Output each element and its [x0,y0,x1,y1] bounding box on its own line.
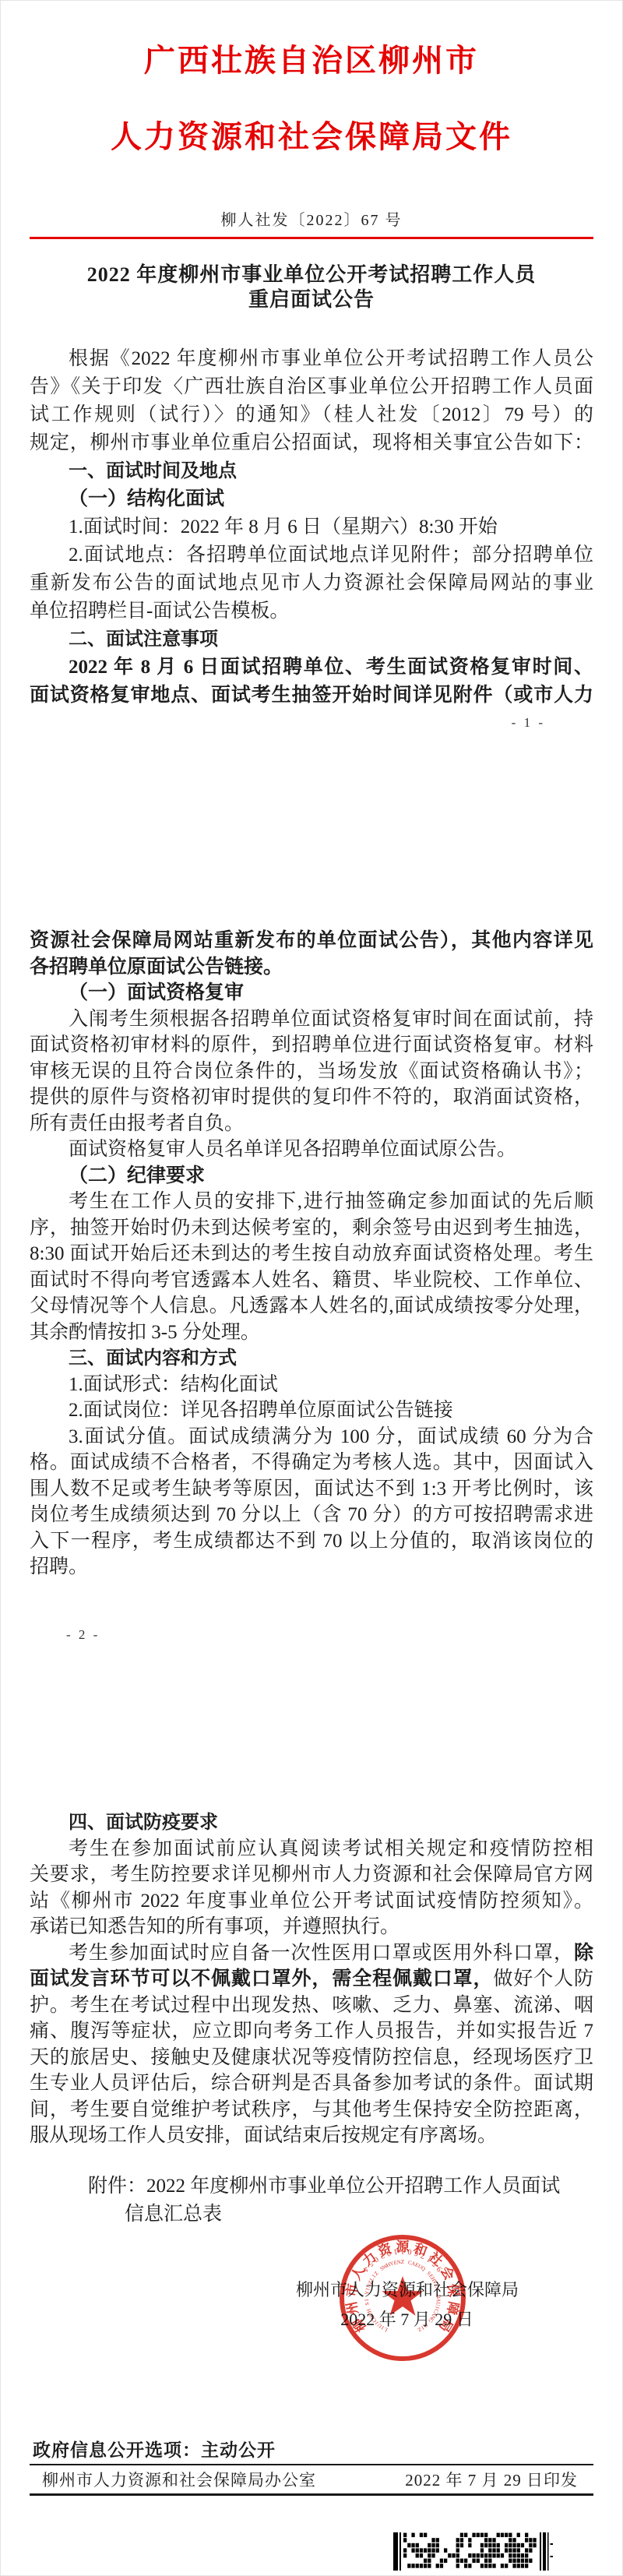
doc-line: 围人数不足或考生缺考等原因，面试达不到 1:3 开考比例时，该 [30,1476,593,1503]
doc-line: 资源社会保障局网站重新发布的单位面试公告），其他内容详见 [30,928,593,954]
doc-line: 生专业人员评估后，综合研判是否具备参加考试的条件。面试期 [30,2070,593,2097]
document-page-1: 广西壮族自治区柳州市 人力资源和社会保障局文件 柳人社发〔2022〕67 号 2… [0,0,623,859]
doc-line: 护。考生在考试过程中出现发热、咳嗽、乏力、鼻塞、流涕、咽 [30,1993,593,2019]
doc-line: 痛、腹泻等症状，应立即向考务工作人员报告，并如实报告近 7 [30,2018,593,2045]
document-title-line2: 重启面试公告 [30,287,593,312]
disclosure-notice: 政府信息公开选项：主动公开 [33,2436,276,2461]
svg-text:保: 保 [445,2282,462,2298]
section-heading: 四、面试防疫要求 [30,1810,593,1836]
doc-line: 面试时不得向考官透露本人姓名、籍贯、毕业院校、工作单位、 [30,1267,593,1294]
doc-line: 1.面试形式：结构化面试 [30,1372,593,1398]
doc-line: 入闱考生须根据各招聘单位面试资格复审时间在面试前，持 [30,1006,593,1033]
section-heading: 二、面试注意事项 [30,625,593,654]
svg-text:1: 1 [401,2247,405,2255]
section-heading: （一）面试资格复审 [30,980,593,1006]
svg-text:障: 障 [444,2300,462,2317]
issuing-office: 柳州市人力资源和社会保障局办公室 [42,2469,316,2492]
doc-line: 根据《2022 年度柳州市事业单位公开考试招聘工作人员公 [30,345,593,373]
doc-line: 招聘。 [30,1554,593,1580]
document-scan: { "theme": { "header_red": "#e60000", "s… [0,0,623,2576]
svg-text:S: S [364,2302,371,2306]
document-title-line1: 2022 年度柳州市事业单位公开考试招聘工作人员 [30,263,593,287]
section-heading: （二）纪律要求 [30,1163,593,1189]
doc-line: 告》《关于印发〈广西壮族自治区事业单位公开招聘工作人员面 [30,373,593,401]
doc-text-segment: 除 [574,1943,593,1964]
doc-line: 8:30 面试开始后还未到达的考生按自动放弃面试资格处理。考生 [30,1241,593,1267]
red-divider-rule [30,237,593,239]
doc-line: 2.面试地点：各招聘单位面试地点详见附件；部分招聘单位 [30,541,593,569]
doc-line: 所有责任由报考者自负。 [30,1111,593,1137]
doc-line: 重新发布公告的面试地点见市人力资源社会保障局网站的事业 [30,569,593,597]
doc-line: 天的旅居史、接触史及健康状况等疫情防控信息，经现场医疗卫 [30,2045,593,2071]
doc-line: 规定，柳州市事业单位重启公招面试，现将相关事宜公告如下： [30,429,593,457]
doc-line: 考生在工作人员的安排下,进行抽签确定参加面试的先后顺 [30,1189,593,1215]
doc-line: 站《柳州市 2022 年度事业单位公开考试面试疫情防控须知》。 [30,1888,593,1915]
footer-rule-bottom [30,2493,593,2496]
doc-line: 审核无误的且符合岗位条件的，当场发放《面试资格确认书》； [30,1059,593,1085]
doc-line: 间，考生要自觉维护考试秩序，与其他考生保持安全防控距离， [30,2097,593,2123]
section-heading: 一、面试时间及地点 [30,457,593,485]
doc-text-segment: 面试发言环节可以不佩戴口罩外，需全程佩戴口罩， [30,1968,493,1989]
doc-text-segment: 做好个人防 [493,1968,593,1989]
doc-line: 关要求，考生防控要求详见柳州市人力资源和社会保障局官方网 [30,1862,593,1888]
footer-imprint-row: 柳州市人力资源和社会保障局办公室 2022 年 7 月 29 日印发 [30,2469,593,2492]
attachment-note: 附件：2022 年度柳州市事业单位公开招聘工作人员面试 信息汇总表 [30,2173,593,2229]
doc-line: 1.面试时间：2022 年 8 月 6 日（星期六）8:30 开始 [30,513,593,541]
doc-line: 3.面试分值。面试成绩满分为 100 分，面试成绩 60 分为合 [30,1424,593,1450]
doc-line: 2.面试岗位：详见各招聘单位原面试公告链接 [30,1397,593,1424]
svg-text:市: 市 [343,2282,361,2298]
page2-body-text: 资源社会保障局网站重新发布的单位面试公告），其他内容详见各招聘单位原面试公告链接… [30,928,593,1580]
page-number-1: - 1 - [512,715,545,731]
svg-text:1: 1 [393,2247,399,2256]
print-date: 2022 年 7 月 29 日印发 [405,2469,578,2492]
doc-line: 面试资格复审人员名单详见各招聘单位面试原公告。 [30,1136,593,1163]
doc-line: 其余酌情按扣 3-5 分处理。 [30,1320,593,1346]
doc-line: 面试资格初审材料的原件，到招聘单位进行面试资格复审。材料 [30,1032,593,1059]
doc-line: 格。面试成绩不合格者，不得确定为考核人选。其中，因面试入 [30,1450,593,1476]
barcode-2d [393,2532,553,2571]
page-number-2: - 2 - [66,1627,100,1643]
svg-text:州: 州 [344,2300,361,2316]
footer-rule-top [30,2464,593,2465]
letterhead-org-line1: 广西壮族自治区柳州市 [30,44,593,78]
document-number: 柳人社发〔2022〕67 号 [30,210,593,231]
svg-text:Z: Z [401,2259,404,2265]
doc-line: 考生在参加面试前应认真阅读考试相关规定和疫情防控相 [30,1836,593,1862]
doc-line: 2022 年 8 月 6 日面试招聘单位、考生面试资格复审时间、 [30,654,593,682]
section-heading: 三、面试内容和方式 [30,1345,593,1372]
doc-line: 单位招聘栏目-面试公告模板。 [30,597,593,625]
doc-line: 提供的原件与资格初审时提供的复印件不符的，取消面试资格， [30,1084,593,1111]
svg-text:I: I [434,2288,440,2292]
document-page-2: 资源社会保障局网站重新发布的单位面试公告），其他内容详见各招聘单位原面试公告链接… [0,859,623,1718]
attachment-line1: 附件：2022 年度柳州市事业单位公开招聘工作人员面试 [88,2173,593,2201]
letterhead-org-line2: 人力资源和社会保障局文件 [30,120,593,154]
doc-line: 面试发言环节可以不佩戴口罩外，需全程佩戴口罩，做好个人防 [30,1966,593,1993]
doc-line: 考生参加面试时应自备一次性医用口罩或医用外科口罩，除 [30,1940,593,1967]
doc-line: 承诺已知悉告知的所有事项，并遵照执行。 [30,1914,593,1940]
doc-line: 序，抽签开始时仍未到达候考室的，剩余签号由迟到考生抽选， [30,1215,593,1242]
official-seal: 柳州市人力资源和社会保障局LIUJCOUH SI YINZLIZ SWHYENZ… [336,2232,469,2364]
page1-body-text: 根据《2022 年度柳州市事业单位公开考试招聘工作人员公告》《关于印发〈广西壮族… [30,345,593,710]
doc-line: 面试资格复审地点、面试考生抽签开始时间详见附件（或市人力 [30,682,593,710]
doc-line: 服从现场工作人员安排，面试结束后按规定有序离场。 [30,2123,593,2149]
svg-text:I: I [364,2299,370,2301]
doc-line: 各招聘单位原面试公告链接。 [30,954,593,981]
page3-body-text: 四、面试防疫要求考生在参加面试前应认真阅读考试相关规定和疫情防控相关要求，考生防… [30,1810,593,2149]
doc-line: 岗位考生成绩须达到 70 分以上（含 70 分）的方可按招聘需求进 [30,1502,593,1528]
doc-line: 入下一程序，考生成绩都达不到 70 以上分值的，取消该岗位的 [30,1528,593,1555]
doc-line: 父母情况等个人信息。凡透露本人姓名的,面试成绩按零分处理， [30,1293,593,1320]
doc-line: 试工作规则（试行）〉的通知》（桂人社发〔2012〕79 号）的 [30,401,593,429]
document-page-3: 四、面试防疫要求考生在参加面试前应认真阅读考试相关规定和疫情防控相关要求，考生防… [0,1718,623,2576]
doc-text-segment: 考生参加面试时应自备一次性医用口罩或医用外科口罩， [69,1943,574,1964]
section-heading: （一）结构化面试 [30,485,593,513]
attachment-line2: 信息汇总表 [125,2201,593,2229]
